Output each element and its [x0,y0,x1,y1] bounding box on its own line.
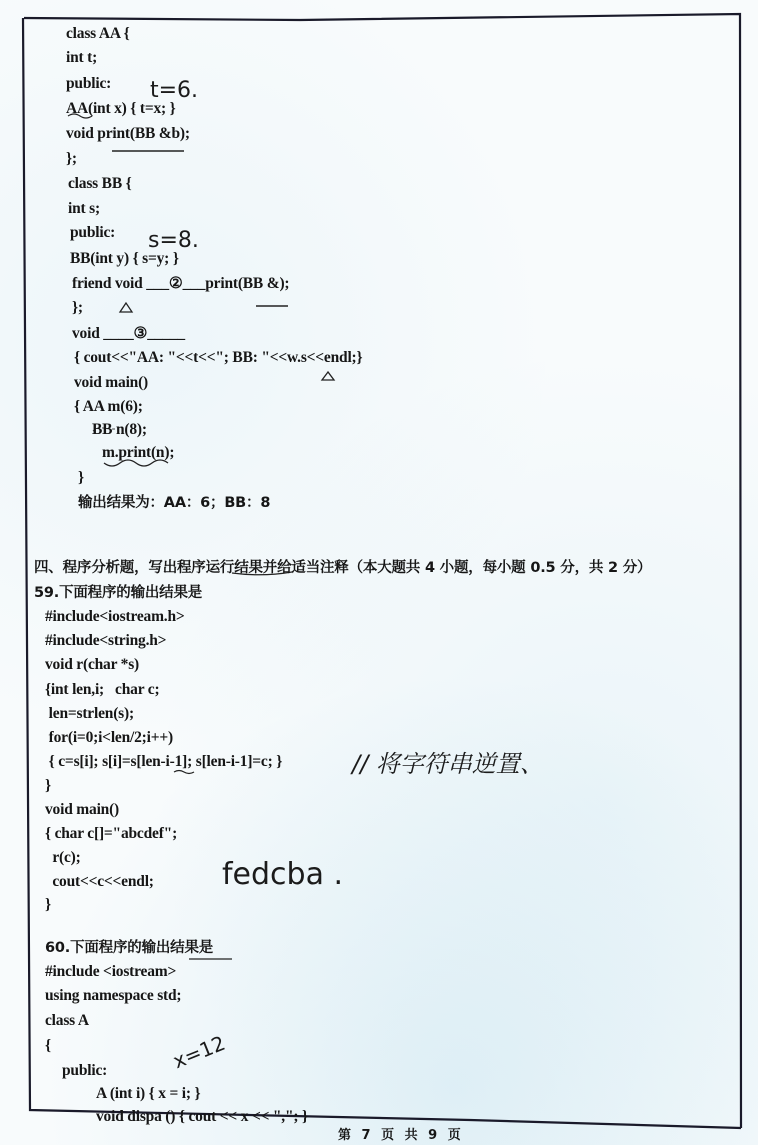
code-line: void ____③_____ [72,324,185,344]
code-line: void dispa () { cout << x << ","; } [96,1107,308,1127]
code-line: #include<string.h> [45,631,166,651]
code-line: public: [70,223,115,243]
code-line: using namespace std; [45,986,181,1006]
code-line: class A [45,1011,89,1031]
page-footer: 第 7 页 共 9 页 [338,1124,464,1143]
code-line: m.print(n); [102,443,174,463]
code-line: len=strlen(s); [45,704,134,724]
q58-output-line: 输出结果为：AA：6；BB：8 [78,493,270,513]
handwritten-comment: // 将字符串逆置、 [352,744,544,779]
code-line: { cout<<"AA: "<<t<<"; BB: "<<w.s<<endl;} [74,348,362,368]
code-line: A (int i) { x = i; } [96,1084,200,1104]
code-line: void main() [45,800,119,820]
code-line: BB n(8); [92,420,147,440]
code-line: #include <iostream> [45,962,176,982]
code-line: friend void ___②___print(BB &); [72,274,289,294]
code-line: { [45,1036,51,1056]
code-line: int t; [66,48,97,68]
code-line: { c=s[i]; s[i]=s[len-i-1]; s[len-i-1]=c;… [45,752,282,772]
question-title: 60.下面程序的输出结果是 [45,938,213,958]
code-line: { AA m(6); [74,397,143,417]
code-line: cout<<c<<endl; [45,872,154,892]
section-heading: 四、程序分析题，写出程序运行结果并给适当注释（本大题共 4 小题，每小题 0.5… [34,558,651,578]
code-line: } [45,776,51,796]
handwritten-t-value: t=6. [150,78,198,103]
code-line: void r(char *s) [45,655,139,675]
code-line: }; [66,149,77,169]
code-line: int s; [68,199,100,219]
code-line: {int len,i; char c; [45,680,159,700]
handwritten-answer: fedcba . [222,857,343,892]
code-line: for(i=0;i<len/2;i++) [45,728,173,748]
code-line: }; [72,298,83,318]
code-line: void print(BB &b); [66,124,190,144]
code-line: #include<iostream.h> [45,607,185,627]
code-line: public: [66,74,111,94]
code-line: { char c[]="abcdef"; [45,824,177,844]
question-title: 59.下面程序的输出结果是 [34,583,202,603]
handwritten-x-value: x=12 [169,1031,228,1073]
code-line: class AA { [66,24,130,44]
code-line: r(c); [45,848,81,868]
code-line: class BB { [68,174,132,194]
code-line: } [78,468,84,488]
handwritten-s-value: s=8. [148,228,199,253]
code-line: void main() [74,373,148,393]
code-line: } [45,895,51,915]
code-line: public: [62,1061,107,1081]
